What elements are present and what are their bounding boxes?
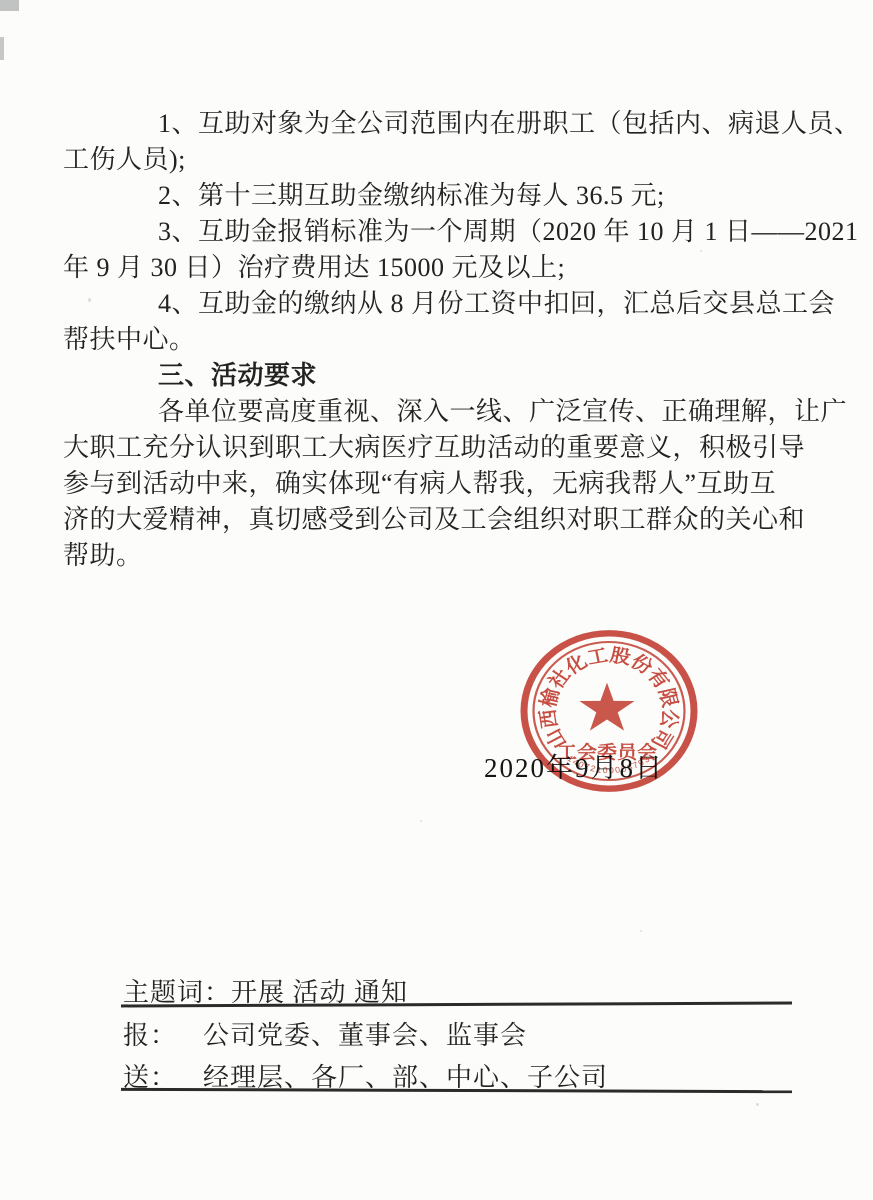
document-line: 4、互助金的缴纳从 8 月份工资中扣回，汇总后交县总工会: [63, 286, 873, 322]
document-section-heading: 三、活动要求: [63, 358, 873, 394]
document-line: 济的大爱精神，真切感受到公司及工会组织对职工群众的关心和: [63, 502, 808, 538]
document-line: 各单位要高度重视、深入一线、广泛宣传、正确理解，让广: [63, 394, 873, 430]
document-line: 帮助。: [63, 538, 808, 574]
union-seal-stamp: 山西榆社化工股份有限公司 工会委员会 14072100003793: [516, 626, 702, 796]
footer-send-value: 经理层、各厂、部、中心、子公司: [203, 1063, 608, 1092]
document-line: 参与到活动中来，确实体现“有病人帮我，无病我帮人”互助互: [63, 466, 808, 502]
scan-edge-artifact: [0, 37, 4, 60]
footer-report-label: 报：: [123, 1021, 177, 1050]
document-line: 2、第十三期互助金缴纳标准为每人 36.5 元;: [63, 178, 873, 214]
footer-subject-row: 主题词：开展 活动 通知: [123, 977, 408, 1009]
document-line: 1、互助对象为全公司范围内在册职工（包括内、病退人员、: [63, 106, 873, 142]
document-line: 大职工充分认识到职工大病医疗互助活动的重要意义，积极引导: [63, 430, 808, 466]
scan-speck: [756, 1103, 759, 1106]
document-line: 年 9 月 30 日）治疗费用达 15000 元及以上;: [63, 250, 808, 286]
document-line: 3、互助金报销标准为一个周期（2020 年 10 月 1 日——2021: [63, 214, 873, 250]
scanned-notice-page: 1、互助对象为全公司范围内在册职工（包括内、病退人员、 工伤人员); 2、第十三…: [0, 0, 873, 1200]
footer-subject-label: 主题词：: [123, 978, 231, 1007]
footer-report-row: 报：公司党委、董事会、监事会: [123, 1020, 527, 1052]
scan-speck: [640, 930, 642, 932]
scan-corner-artifact: [0, 0, 19, 11]
document-line: 工伤人员);: [63, 142, 808, 178]
footer-report-value: 公司党委、董事会、监事会: [203, 1021, 527, 1050]
footer-send-label: 送：: [123, 1063, 177, 1092]
document-line: 帮扶中心。: [63, 322, 808, 358]
footer-send-row: 送：经理层、各厂、部、中心、子公司: [123, 1062, 608, 1094]
seal-star-icon: [579, 683, 634, 731]
footer-subject-value: 开展 活动 通知: [231, 978, 408, 1007]
scan-speck: [420, 820, 422, 822]
